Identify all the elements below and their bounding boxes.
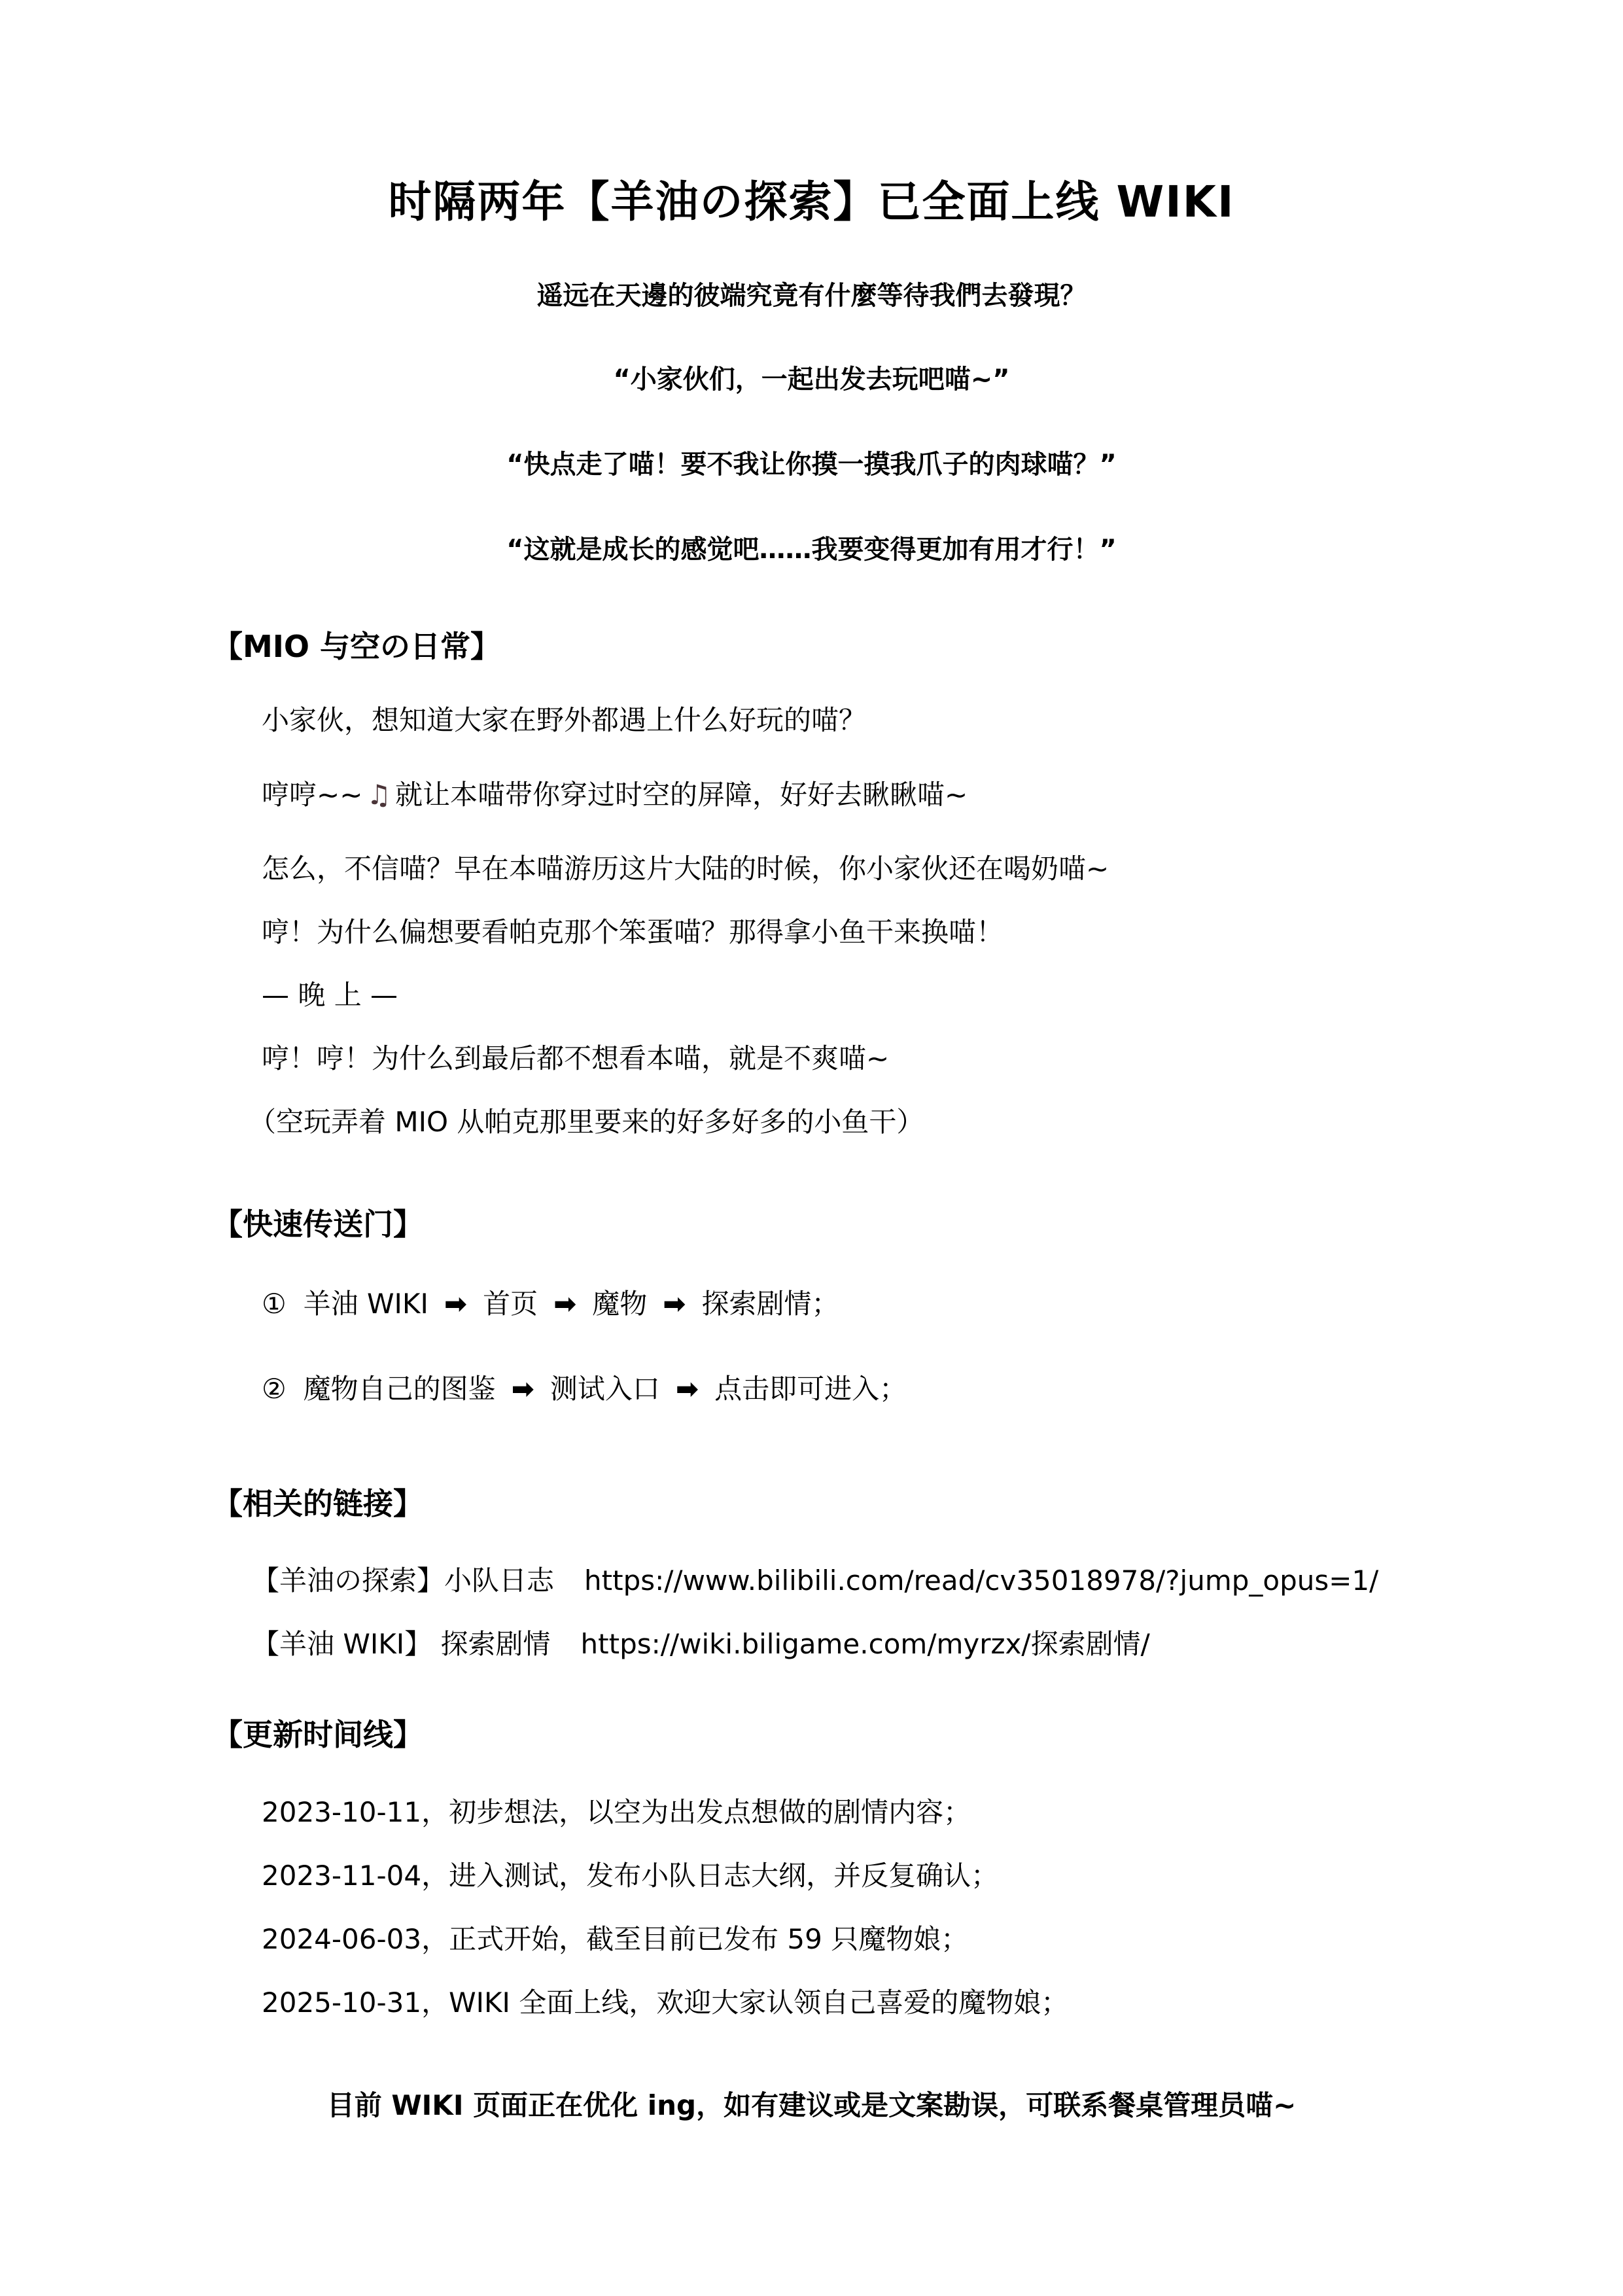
timeline-entry: 2024-06-03，正式开始，截至目前已发布 59 只魔物娘； [262, 1918, 968, 1957]
link-url[interactable]: https://www.bilibili.com/read/cv35018978… [584, 1564, 1378, 1597]
arrow-right-icon: ➡ [444, 1288, 467, 1320]
paragraph-line: 小家伙，想知道大家在野外都遇上什么好玩的喵？ [262, 699, 866, 738]
route-line: ①羊油 WIKI➡首页➡魔物➡探索剧情； [262, 1282, 839, 1322]
route-step: 首页 [483, 1288, 538, 1320]
arrow-right-icon: ➡ [512, 1373, 534, 1405]
route-number: ① [262, 1288, 287, 1320]
subtitle-quote: 遥远在天邊的彼端究竟有什麼等待我們去發現？ [0, 275, 1623, 312]
section-heading-daily: 【MIO 与空の日常】 [213, 623, 500, 666]
quote-line: “快点走了喵！要不我让你摸一摸我爪子的肉球喵？” [0, 444, 1623, 481]
route-step: 羊油 WIKI [304, 1288, 428, 1320]
timeline-entry: 2023-11-04，进入测试，发布小队日志大纲，并反复确认； [262, 1854, 998, 1894]
link-label: 【羊油 WIKI】 探索剧情 [252, 1623, 551, 1662]
timeline-entry: 2023-10-11，初步想法，以空为出发点想做的剧情内容； [262, 1791, 971, 1830]
route-step: 点击即可进入； [714, 1373, 907, 1405]
route-line: ②魔物自己的图鉴➡测试入口➡点击即可进入； [262, 1368, 907, 1407]
route-step: 探索剧情； [702, 1288, 839, 1320]
paragraph-line: （空玩弄着 MIO 从帕克那里要来的好多好多的小鱼干） [249, 1101, 924, 1140]
paragraph-text: 就让本喵带你穿过时空的屏障，好好去瞅瞅喵~ [395, 779, 968, 811]
route-step: 魔物 [592, 1288, 647, 1320]
link-url[interactable]: https://wiki.biligame.com/myrzx/探索剧情/ [581, 1623, 1150, 1662]
paragraph-line: 怎么，不信喵？早在本喵游历这片大陆的时候，你小家伙还在喝奶喵~ [262, 847, 1109, 887]
link-label: 【羊油の探索】小队日志 [252, 1559, 554, 1598]
footer-note: 目前 WIKI 页面正在优化 ing，如有建议或是文案勘误，可联系餐桌管理员喵~ [0, 2084, 1623, 2123]
route-step: 魔物自己的图鉴 [304, 1373, 496, 1405]
music-notes-icon: ♫ [366, 779, 391, 811]
link-item: 【羊油 WIKI】 探索剧情https://wiki.biligame.com/… [252, 1623, 1150, 1662]
page-title: 时隔两年【羊油の探索】已全面上线 WIKI [0, 167, 1623, 229]
paragraph-line: 哼！为什么偏想要看帕克那个笨蛋喵？那得拿小鱼干来换喵！ [262, 911, 1003, 950]
quote-line: “小家伙们，一起出发去玩吧喵~” [0, 359, 1623, 396]
section-heading-timeline: 【更新时间线】 [213, 1711, 423, 1754]
link-item: 【羊油の探索】小队日志https://www.bilibili.com/read… [252, 1559, 1378, 1598]
time-divider: — 晚 上 — [262, 974, 398, 1013]
paragraph-line-music: 哼哼~~♫就让本喵带你穿过时空的屏障，好好去瞅瞅喵~ [262, 773, 968, 813]
paragraph-text: 哼哼~~ [262, 779, 362, 811]
arrow-right-icon: ➡ [676, 1373, 699, 1405]
section-heading-links: 【相关的链接】 [213, 1480, 423, 1523]
arrow-right-icon: ➡ [553, 1288, 576, 1320]
section-heading-portal: 【快速传送门】 [213, 1201, 423, 1244]
quote-line: “这就是成长的感觉吧……我要变得更加有用才行！” [0, 529, 1623, 566]
arrow-right-icon: ➡ [663, 1288, 686, 1320]
route-number: ② [262, 1373, 287, 1405]
paragraph-line: 哼！哼！为什么到最后都不想看本喵，就是不爽喵~ [262, 1037, 889, 1076]
route-step: 测试入口 [550, 1373, 660, 1405]
timeline-entry: 2025-10-31，WIKI 全面上线，欢迎大家认领自己喜爱的魔物娘； [262, 1981, 1068, 2021]
